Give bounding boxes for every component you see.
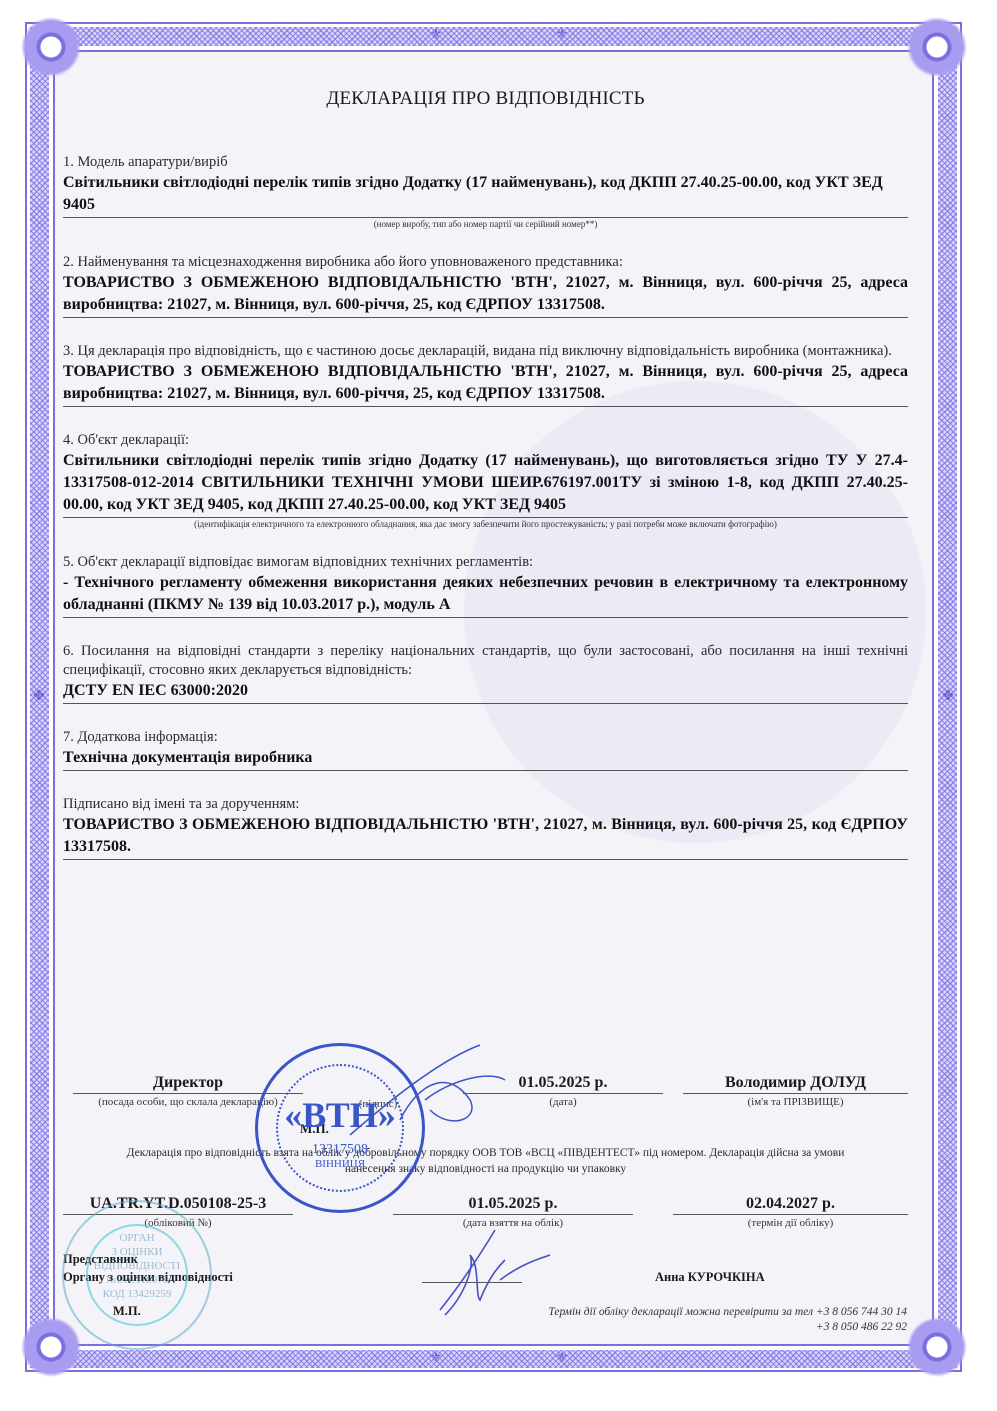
section-responsibility: 3. Ця декларація про відповідність, що є… (63, 342, 908, 407)
registration-valid-until-hint: (термін дії обліку) (673, 1217, 908, 1229)
section-manufacturer: 2. Найменування та місцезнаходження виро… (63, 253, 908, 318)
fleur-ornament-icon: ⚜ (429, 29, 443, 43)
declaration-body: ДЕКЛАРАЦІЯ ПРО ВІДПОВІДНІСТЬ 1. Модель а… (63, 88, 908, 874)
signatory-name: Володимир ДОЛУД (683, 1074, 908, 1094)
corner-ornament-icon (906, 16, 968, 78)
verification-text: Термін дії обліку декларації можна перев… (548, 1305, 907, 1320)
corner-ornament-icon (20, 16, 82, 78)
section-standards: 6. Посилання на відповідні стандарти з п… (63, 642, 908, 704)
fleur-ornament-icon: ⚜ (429, 1352, 443, 1366)
section-label: 5. Об'єкт декларації відповідає вимогам … (63, 553, 908, 572)
section-label: 6. Посилання на відповідні стандарти з п… (63, 642, 908, 680)
section-hint: (номер виробу, тип або номер партії чи с… (63, 219, 908, 229)
section-label: 4. Об'єкт декларації: (63, 431, 908, 450)
corner-ornament-icon (906, 1316, 968, 1378)
fleur-ornament-icon: ✥ (32, 690, 46, 704)
section-value: - Технічного регламенту обмеження викори… (63, 572, 908, 618)
representative-name: Анна КУРОЧКІНА (655, 1268, 765, 1286)
section-value: ТОВАРИСТВО З ОБМЕЖЕНОЮ ВІДПОВІДАЛЬНІСТЮ … (63, 272, 908, 318)
section-label: 7. Додаткова інформація: (63, 728, 908, 747)
fleur-ornament-icon: ⚜ (555, 29, 569, 43)
section-label: 3. Ця декларація про відповідність, що є… (63, 342, 908, 361)
fleur-ornament-icon: ✥ (941, 690, 955, 704)
registration-valid-until: 02.04.2027 р. (673, 1195, 908, 1215)
section-object: 4. Об'єкт декларації: Світильники світло… (63, 431, 908, 529)
section-signed-on-behalf: Підписано від імені та за дорученням: ТО… (63, 795, 908, 860)
section-value: Світильники світлодіодні перелік типів з… (63, 450, 908, 518)
section-value: Технічна документація виробника (63, 747, 908, 771)
decorative-border-band-bottom (30, 1350, 957, 1368)
registration-notice-line2: нанесення знаку відповідності на продукц… (63, 1161, 908, 1177)
section-additional-info: 7. Додаткова інформація: Технічна докуме… (63, 728, 908, 771)
conformity-body-stamp: ОРГАН З ОЦІНКИ ВІДПОВІДНОСТІ №UA.TR.076 … (62, 1200, 212, 1350)
director-signature-icon (330, 1040, 510, 1150)
section-label: Підписано від імені та за дорученням: (63, 795, 908, 814)
stamp-company-city: ВІННИЦЯ (258, 1158, 422, 1170)
corner-ornament-icon (20, 1316, 82, 1378)
decorative-border-band-top (30, 27, 957, 46)
fleur-ornament-icon: ⚜ (555, 1352, 569, 1366)
section-value: ТОВАРИСТВО З ОБМЕЖЕНОЮ ВІДПОВІДАЛЬНІСТЮ … (63, 361, 908, 407)
signatory-name-hint: (ім'я та ПРІЗВИЩЕ) (683, 1096, 908, 1108)
section-label: 1. Модель апаратури/виріб (63, 153, 908, 172)
section-product-model: 1. Модель апаратури/виріб Світильники св… (63, 153, 908, 229)
section-label: 2. Найменування та місцезнаходження виро… (63, 253, 908, 272)
verification-phone-2: +3 8 050 486 22 92 (548, 1320, 907, 1335)
section-hint: (ідентифікація електричного та електронн… (63, 519, 908, 529)
section-value: Світильники світлодіодні перелік типів з… (63, 172, 908, 218)
representative-signature-icon (420, 1225, 560, 1325)
section-value: ТОВАРИСТВО З ОБМЕЖЕНОЮ ВІДПОВІДАЛЬНІСТЮ … (63, 814, 908, 860)
registration-date: 01.05.2025 р. (393, 1195, 633, 1215)
verification-note: Термін дії обліку декларації можна перев… (548, 1305, 907, 1335)
section-regulations: 5. Об'єкт декларації відповідає вимогам … (63, 553, 908, 618)
section-value: ДСТУ EN IEC 63000:2020 (63, 680, 908, 704)
page-title: ДЕКЛАРАЦІЯ ПРО ВІДПОВІДНІСТЬ (63, 88, 908, 110)
